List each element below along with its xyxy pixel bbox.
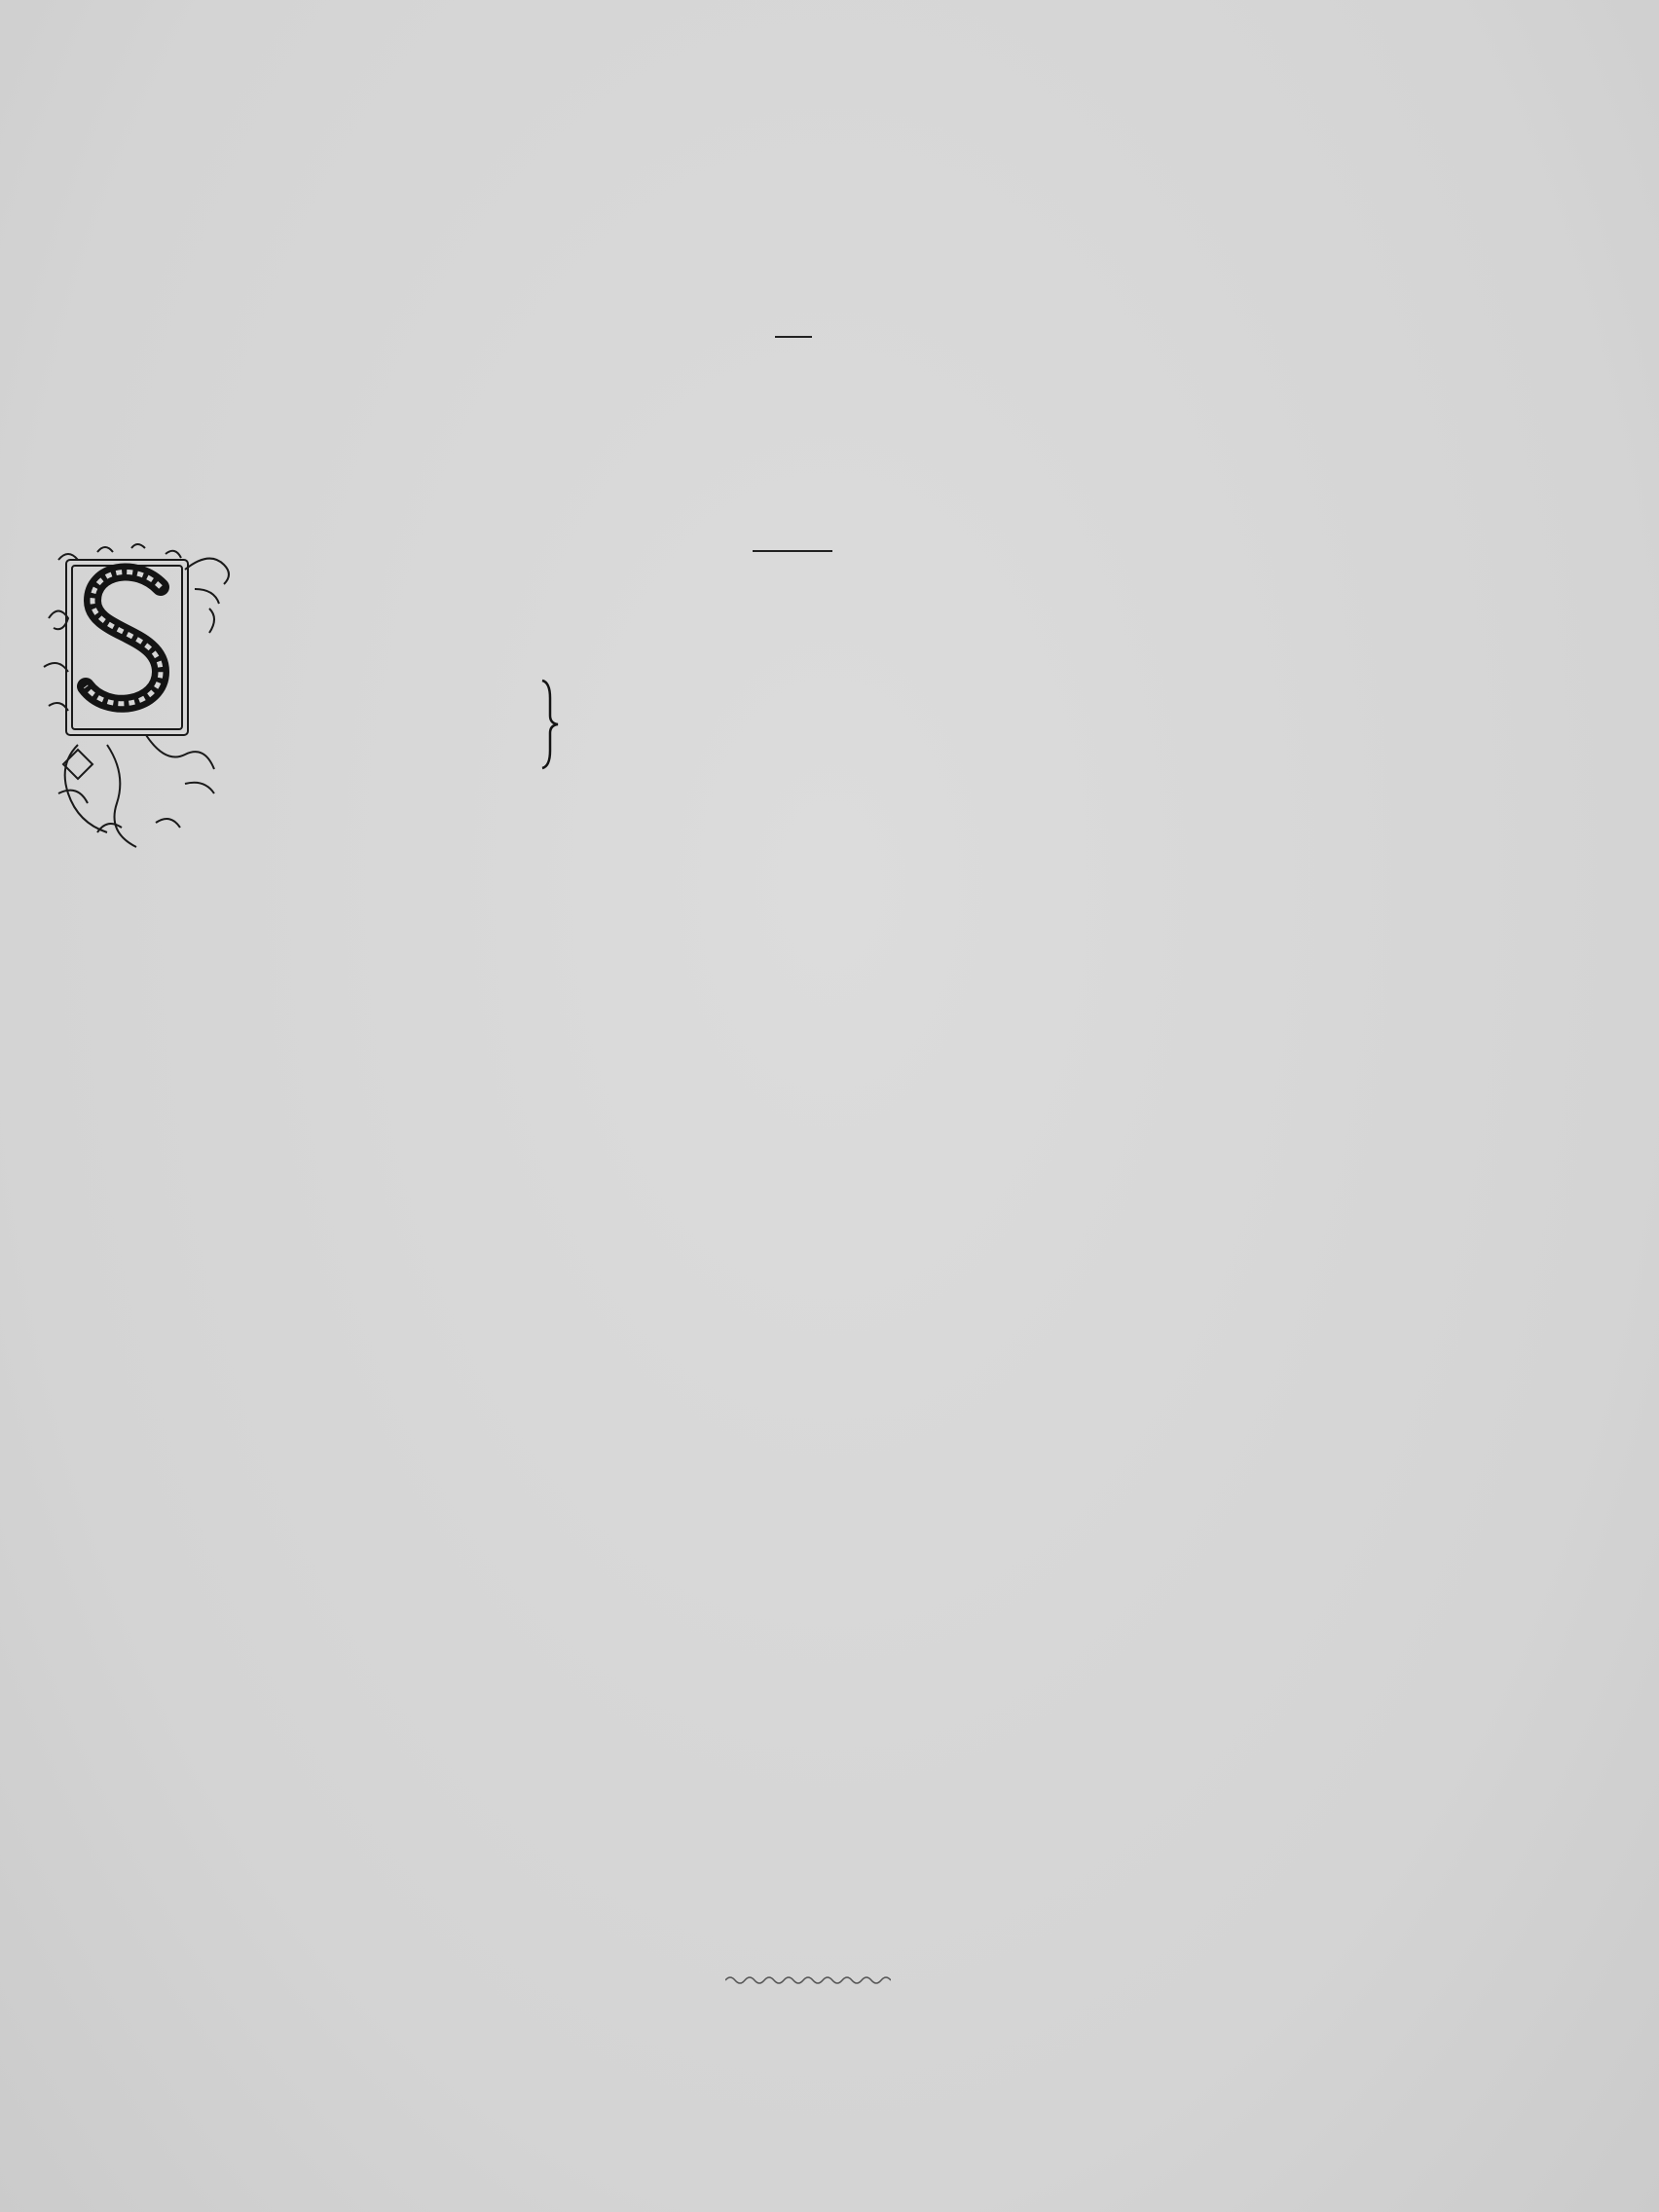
- divider-long: [753, 550, 832, 552]
- wavy-rule-icon: [725, 1974, 891, 1986]
- plate-reference: [0, 405, 1591, 435]
- ornamental-initial-s-icon: [39, 540, 248, 852]
- document-page: [0, 0, 1659, 2212]
- divider-short: [775, 336, 812, 338]
- right-brace-icon: [540, 679, 562, 770]
